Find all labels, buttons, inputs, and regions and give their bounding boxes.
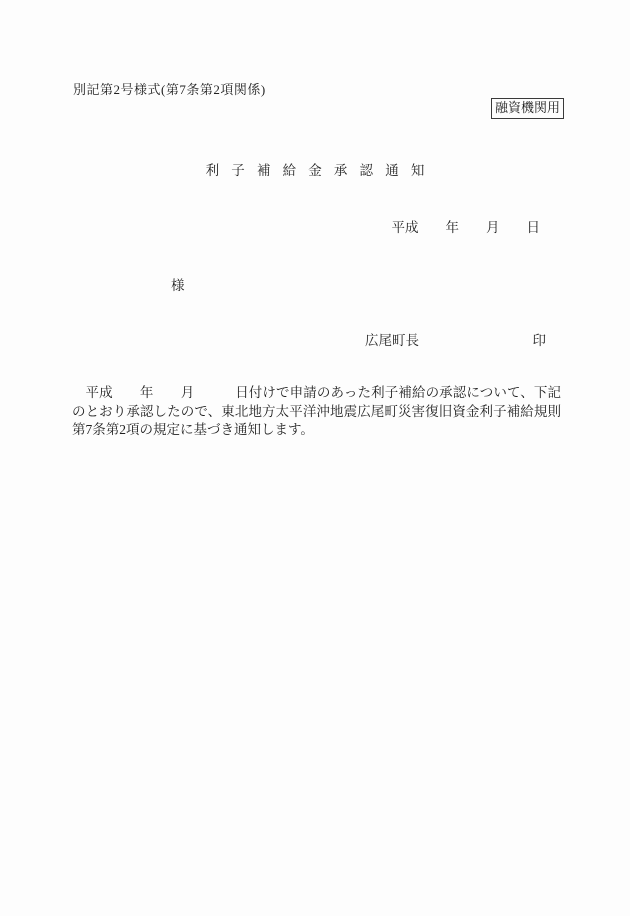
document-title: 利子補給金承認通知 — [0, 159, 630, 179]
lender-use-tag: 融資機関用 — [491, 98, 564, 119]
document-page: 別記第2号様式(第7条第2項関係) 融資機関用 利子補給金承認通知 平成 年 月… — [0, 0, 630, 916]
issue-date-line: 平成 年 月 日 — [392, 216, 541, 236]
seal-mark: 印 — [533, 329, 547, 349]
addressee-honorific: 様 — [171, 274, 185, 294]
body-paragraph: 平成 年 月 日付けで申請のあった利子補給の承認について、下記のとおり承認したの… — [72, 384, 561, 440]
form-number-label: 別記第2号様式(第7条第2項関係) — [73, 79, 266, 98]
issuer-line: 広尾町長 印 — [365, 329, 546, 349]
issuer-name: 広尾町長 — [365, 329, 419, 349]
